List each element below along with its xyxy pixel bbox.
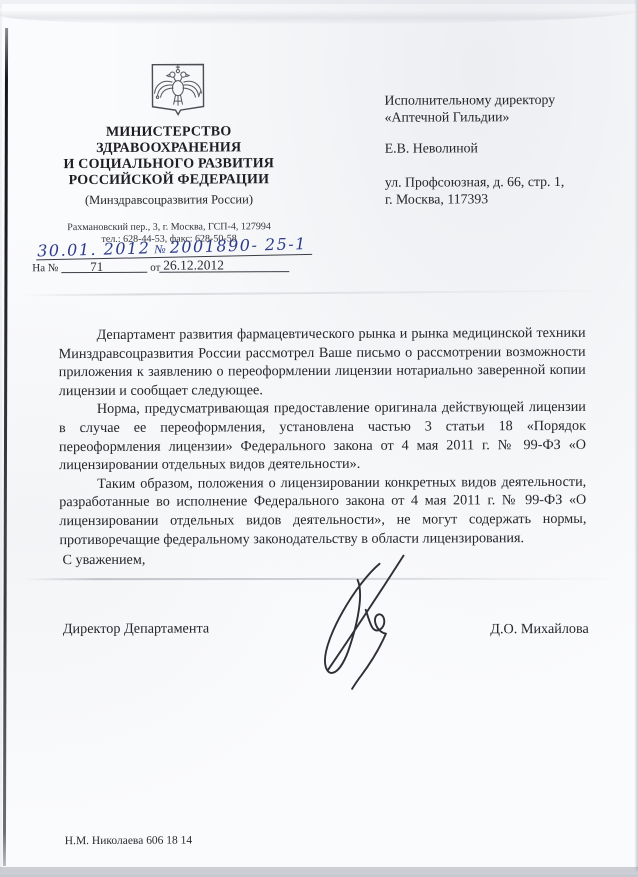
ministry-name-line: И СОЦИАЛЬНОГО РАЗВИТИЯ [44, 156, 294, 173]
scanned-letter: МИНИСТЕРСТВО ЗДРАВООХРАНЕНИЯ И СОЦИАЛЬНО… [0, 0, 638, 877]
ministry-name-line: РОССИЙСКОЙ ФЕДЕРАЦИИ [44, 172, 294, 189]
incoming-date-underline [159, 271, 289, 273]
ministry-name-line: МИНИСТЕРСТВО [44, 124, 294, 141]
body-paragraph: Департамент развития фармацевтического р… [59, 324, 586, 401]
ministry-short-name: (Минздравсоцразвития России) [44, 192, 294, 208]
salutation: С уважением, [62, 552, 145, 569]
recipient-address-line: г. Москва, 117393 [385, 190, 620, 208]
reply-to-label: На № [32, 262, 58, 274]
signer-name: Д.О. Михайлова [490, 621, 589, 638]
recipient-address-line: ул. Профсоюзная, д. 66, стр. 1, [385, 173, 620, 191]
executor-contact: Н.М. Николаева 606 18 14 [65, 835, 192, 848]
letter-body: Департамент развития фармацевтического р… [59, 324, 587, 549]
incoming-number-underline [61, 272, 147, 273]
ministry-address-line: Рахмановский пер., 3, г. Москва, ГСП-4, … [44, 221, 294, 234]
coat-of-arms-icon [149, 62, 206, 116]
paper-crease [19, 290, 619, 297]
recipient-org-line: «Аптечной Гильдии» [385, 108, 620, 126]
signer-title: Директор Департамента [63, 620, 209, 638]
number-sign: № [154, 242, 166, 256]
letter-content: МИНИСТЕРСТВО ЗДРАВООХРАНЕНИЯ И СОЦИАЛЬНО… [0, 0, 638, 877]
recipient-name: Е.В. Неволиной [385, 139, 620, 157]
reply-reference-row: На № 71 от 26.12.2012 [32, 256, 312, 277]
ministry-name-line: ЗДРАВООХРАНЕНИЯ [44, 140, 294, 157]
body-paragraph: Таким образом, положения о лицензировани… [59, 473, 586, 550]
handwritten-signature-icon [293, 550, 409, 693]
recipient-title-line: Исполнительному директору [384, 91, 619, 109]
ministry-letterhead: МИНИСТЕРСТВО ЗДРАВООХРАНЕНИЯ И СОЦИАЛЬНО… [44, 124, 295, 245]
body-paragraph: Норма, предусматривающая предоставление … [59, 398, 586, 475]
recipient-block: Исполнительному директору «Аптечной Гиль… [384, 91, 620, 208]
